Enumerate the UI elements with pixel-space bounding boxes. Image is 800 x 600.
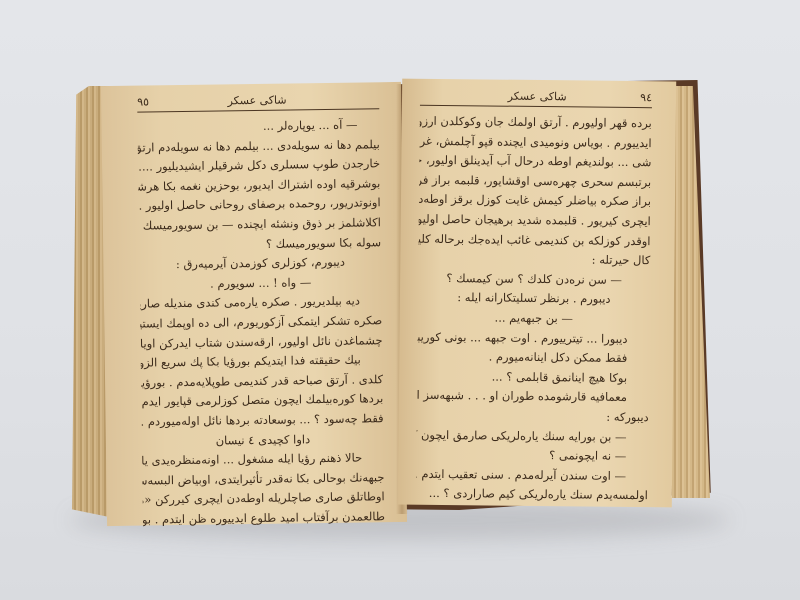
left-page-number: ٩٥	[137, 95, 149, 108]
text-line: معمافيه قارشومدە طوران او . . . شبهەسز ا…	[417, 386, 649, 408]
text-line: — سن نرەدن كلدك ؟ سن كيمسك ؟	[418, 269, 650, 291]
text-line: — اوت سندن آيرلەمدم . سنى تعقيب ايتدم . …	[416, 464, 648, 486]
text-line: طالعمدن برآفتاب اميد طلوع ايدييوره ظن اي…	[143, 507, 385, 530]
left-page-text: — آه ... يوپارەلر ...بيلمم دها نه سويلەد…	[137, 115, 385, 530]
left-page: ٩٥ شاكى عسكر — آه ... يوپارەلر ...بيلمم …	[101, 82, 407, 526]
text-line: فقط چەسود ؟ ... بوسعادته بردها نائل اولە…	[142, 409, 384, 432]
text-line: برتبسم سحرى چهرەسى اوقشايور، قلبمه براز …	[419, 171, 651, 193]
right-running-title: شاكى عسكر	[434, 89, 640, 104]
text-line: سوله بكا سويورميسك ؟	[139, 233, 381, 256]
left-page-header: ٩٥ شاكى عسكر	[137, 92, 379, 112]
text-line: ديه بيلديريور . صكرە يارەمى كندى منديلە …	[140, 292, 382, 315]
text-line: شى ... بولنديغم اوطه درحال آب آيدينلق او…	[419, 151, 651, 173]
text-line: — بن جبهەيم ...	[418, 308, 650, 330]
text-line: ديبورا ... تيترييورم . اوت جبهه ... بونى…	[417, 327, 649, 349]
text-line: ديبوركه :	[417, 406, 649, 428]
right-page-number: ٩٤	[640, 91, 652, 104]
text-line: اولمسەيدم سنك يارەلريكى كيم صاراردى ؟ ..…	[416, 484, 648, 506]
text-line: — بن بورايه سنك يارەلريكى صارمق ايچون كل…	[416, 425, 648, 447]
right-page-header: شاكى عسكر ٩٤	[420, 89, 652, 108]
text-line: ديبورم . برنظر تسليتكارانه ايله :	[418, 288, 650, 310]
text-line: ايچرى كيريور . قلبمده شديد برهيجان حاصل …	[419, 210, 651, 232]
text-line: ايدييورم . بوياس ونوميدى ايچندە قپو آچلم…	[419, 131, 651, 153]
right-page-text: بردە قهر اوليورم . آرتق اولمك جان وكوكلد…	[416, 112, 652, 506]
text-line: بوكا هيچ اينانمق قابلمى ؟ ...	[417, 366, 649, 388]
right-page: شاكى عسكر ٩٤ بردە قهر اوليورم . آرتق اول…	[398, 79, 676, 508]
left-running-title: شاكى عسكر	[149, 92, 365, 108]
text-line: بردە قهر اوليورم . آرتق اولمك جان وكوكلد…	[420, 112, 652, 134]
text-line: براز صكرە بياضلر كيمش غايت كوزل برقز اوط…	[419, 190, 651, 212]
text-line: كال حيرتله :	[418, 249, 650, 271]
text-line: — نه ايچونمى ؟	[416, 445, 648, 467]
text-line: اوقدر كوزلكه بن كنديمى غائب ايدەجك برحال…	[418, 229, 650, 251]
text-line: فقط ممكن دكل اينانەميورم .	[417, 347, 649, 369]
